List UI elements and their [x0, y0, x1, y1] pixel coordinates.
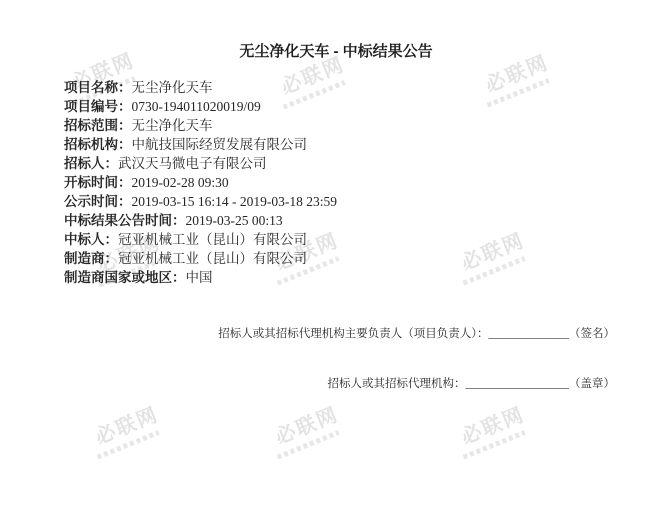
watermark-bilian: 必联网 — [273, 405, 345, 458]
signature-line-agency: 招标人或其招标代理机构：__________________（盖章） — [328, 375, 616, 391]
field-value: 2019-03-15 16:14 - 2019-03-18 23:59 — [132, 194, 337, 209]
watermark-bilian: 必联网 — [93, 405, 165, 458]
field-row-result-announcement-time: 中标结果公告时间：2019-03-25 00:13 — [64, 211, 337, 230]
field-value: 中国 — [186, 270, 213, 285]
field-value: 中航技国际经贸发展有限公司 — [132, 137, 308, 152]
watermark-text: 必联网 — [272, 404, 341, 449]
field-row-bid-opening-time: 开标时间：2019-02-28 09:30 — [64, 173, 337, 192]
field-value: 冠亚机械工业（昆山）有限公司 — [118, 232, 307, 247]
field-value: 冠亚机械工业（昆山）有限公司 — [118, 251, 307, 266]
field-label: 公示时间： — [64, 194, 132, 209]
field-label: 中标人： — [64, 232, 118, 247]
field-label: 招标人： — [64, 156, 118, 171]
field-row-bidding-agency: 招标机构：中航技国际经贸发展有限公司 — [64, 135, 337, 154]
field-value: 无尘净化天车 — [132, 118, 213, 133]
watermark-text: 必联网 — [458, 230, 527, 275]
watermark-bilian: 必联网 — [459, 231, 531, 284]
watermark-subtext — [277, 430, 340, 459]
watermark-bilian: 必联网 — [459, 405, 531, 458]
field-value: 0730-194011020019/09 — [132, 99, 261, 114]
field-value: 2019-02-28 09:30 — [132, 175, 229, 190]
field-row-project-name: 项目名称：无尘净化天车 — [64, 78, 337, 97]
field-label: 制造商国家或地区： — [64, 270, 186, 285]
page-title: 无尘净化天车 - 中标结果公告 — [0, 40, 672, 61]
field-label: 开标时间： — [64, 175, 132, 190]
field-row-publicity-time: 公示时间：2019-03-15 16:14 - 2019-03-18 23:59 — [64, 192, 337, 211]
watermark-subtext — [97, 430, 160, 459]
field-label: 招标范围： — [64, 118, 132, 133]
watermark-subtext — [487, 78, 550, 107]
field-label: 中标结果公告时间： — [64, 213, 186, 228]
field-row-manufacturer-country: 制造商国家或地区：中国 — [64, 268, 337, 287]
announcement-page: 必联网 必联网 必联网 必联网 必联网 必联网 必联网 必联网 必联网 无尘净化… — [0, 0, 672, 518]
field-value: 无尘净化天车 — [132, 80, 213, 95]
field-list: 项目名称：无尘净化天车 项目编号：0730-194011020019/09 招标… — [64, 78, 337, 287]
field-row-project-number: 项目编号：0730-194011020019/09 — [64, 97, 337, 116]
signature-line-leader: 招标人或其招标代理机构主要负责人（项目负责人）：______________（签… — [218, 325, 615, 341]
field-label: 项目名称： — [64, 80, 132, 95]
watermark-subtext — [463, 430, 526, 459]
field-row-bidding-scope: 招标范围：无尘净化天车 — [64, 116, 337, 135]
field-row-tenderer: 招标人：武汉天马微电子有限公司 — [64, 154, 337, 173]
field-value: 武汉天马微电子有限公司 — [118, 156, 267, 171]
field-label: 制造商： — [64, 251, 118, 266]
field-value: 2019-03-25 00:13 — [186, 213, 283, 228]
field-row-manufacturer: 制造商：冠亚机械工业（昆山）有限公司 — [64, 249, 337, 268]
watermark-text: 必联网 — [458, 404, 527, 449]
field-row-winning-bidder: 中标人：冠亚机械工业（昆山）有限公司 — [64, 230, 337, 249]
field-label: 项目编号： — [64, 99, 132, 114]
watermark-text: 必联网 — [92, 404, 161, 449]
field-label: 招标机构： — [64, 137, 132, 152]
watermark-subtext — [463, 256, 526, 285]
